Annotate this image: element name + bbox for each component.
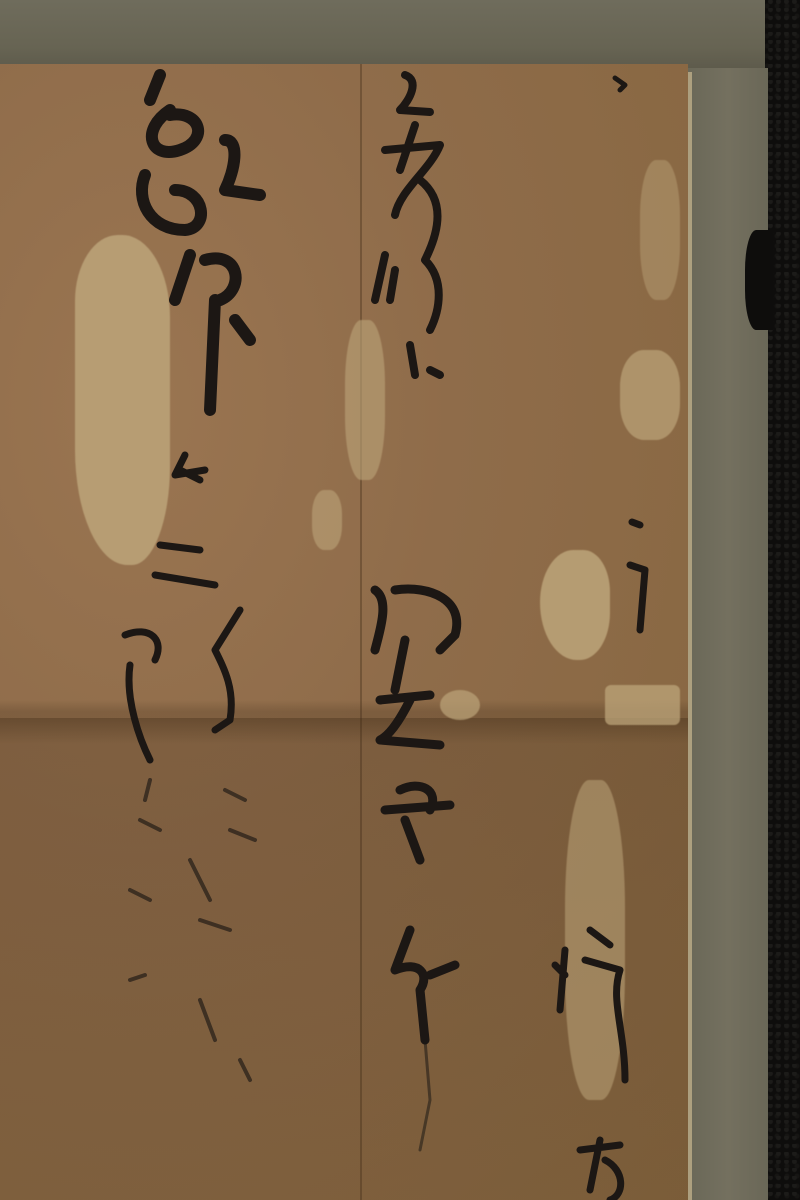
calligraphy-column-right xyxy=(0,0,800,1200)
